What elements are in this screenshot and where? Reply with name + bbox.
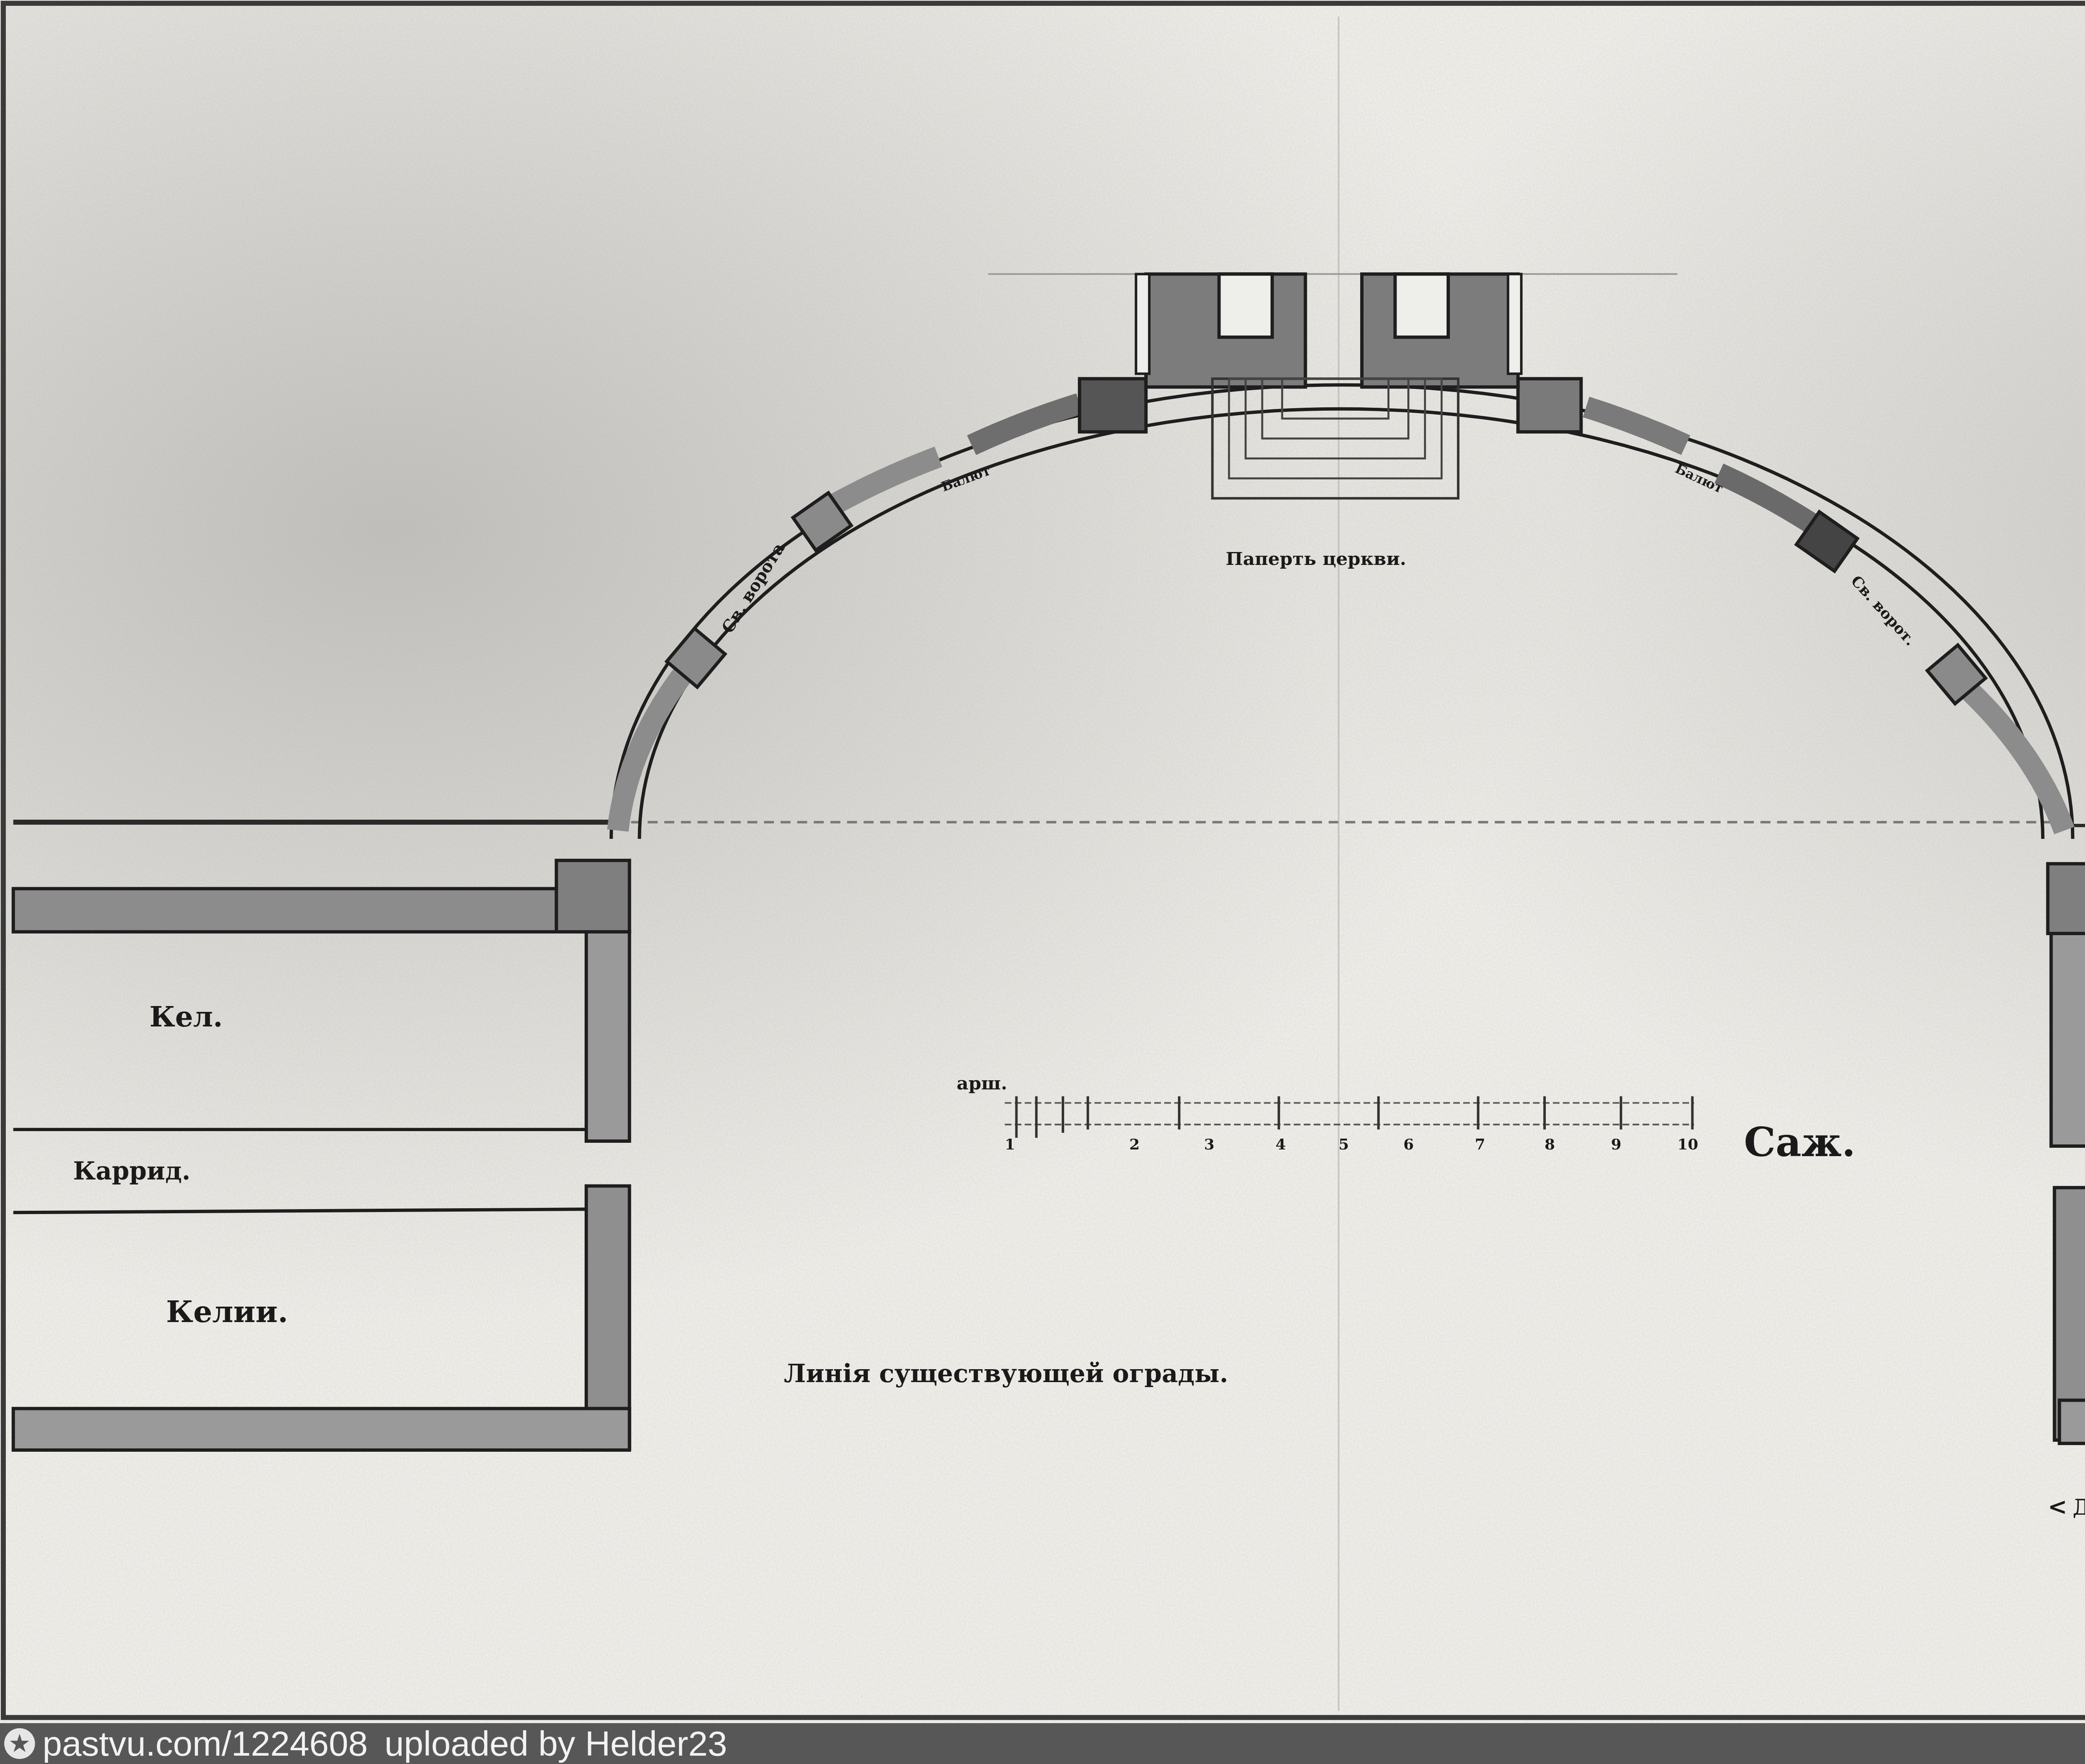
left-cell-top-label: Кел.	[149, 1000, 223, 1033]
scale-tick-label: 5	[1339, 1136, 1349, 1153]
scale-tick-label: 2	[1129, 1136, 1140, 1153]
fence-pier	[1080, 379, 1146, 432]
scale-tick-label: 10	[1678, 1136, 1698, 1153]
left-cell-bottom-label: Келии.	[166, 1294, 288, 1329]
existing-fence-line-label: Линія существующей ограды.	[784, 1359, 1228, 1388]
scale-tick-label: 8	[1545, 1136, 1555, 1153]
scale-tick-label: 7	[1475, 1136, 1485, 1153]
scale-tick-label: 6	[1403, 1136, 1414, 1153]
scale-tick-label: 9	[1611, 1136, 1621, 1153]
floor-plan-drawing: Паперть церкви. Св. ворота Балют Балют С…	[0, 0, 2085, 1764]
watermark-footer: ★ pastvu.com/1224608 uploaded by Helder2…	[0, 1723, 2085, 1764]
scale-unit-arshin: арш.	[957, 1073, 1007, 1094]
scale-tick-label: 3	[1204, 1136, 1215, 1153]
church-porch-label: Паперть церкви.	[1226, 548, 1406, 570]
pastvu-star-icon: ★	[4, 1728, 35, 1759]
scale-tick-label: 4	[1276, 1136, 1286, 1153]
distance-to-gates-note: До святыхъ воротъ 20 саж: отъ угла.	[2073, 1495, 2085, 1520]
fence-pier	[1518, 379, 1581, 432]
architectural-plan-photo: Паперть церкви. Св. ворота Балют Балют С…	[0, 0, 2085, 1764]
footer-link[interactable]: pastvu.com/1224608	[43, 1723, 368, 1764]
scale-unit-sazhen: Саж.	[1744, 1119, 1856, 1166]
left-corridor-label: Каррид.	[73, 1157, 191, 1186]
paper-grain	[0, 0, 2085, 1764]
scale-tick-label: 1	[1005, 1136, 1015, 1153]
distance-arrow-icon: <	[2048, 1493, 2067, 1521]
footer-uploader: uploaded by Helder23	[384, 1723, 727, 1764]
